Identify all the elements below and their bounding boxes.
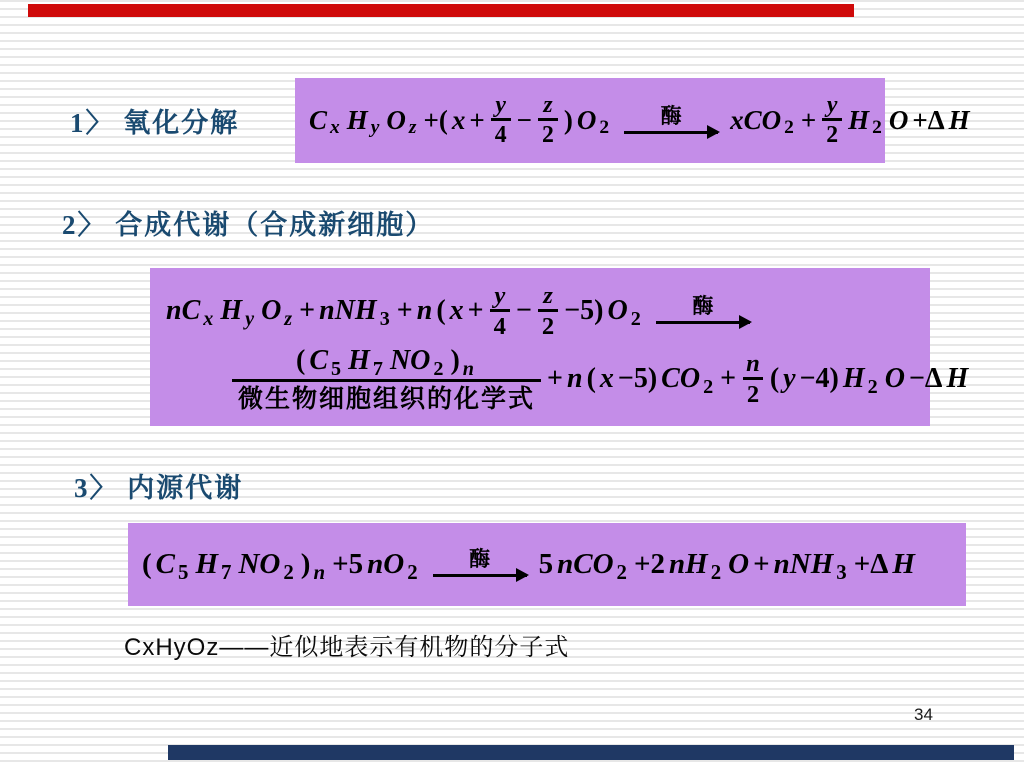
heading-synthesis: 2〉 合成代谢（合成新细胞） [62,203,434,242]
heading-oxidation: 1〉 氧化分解 [70,101,239,140]
bottom-accent-bar [168,745,1014,760]
enzyme-reaction-arrow: 酶 [656,296,750,326]
equation-box-synthesis: nCxHyOz+nNH3+n(x+y4−z2−5)O2酶 (C5H7NO2)n微… [150,268,930,426]
equation-synthesis-line1: nCxHyOz+nNH3+n(x+y4−z2−5)O2酶 [164,283,930,340]
formula-note: CxHyOz——近似地表示有机物的分子式 [124,627,569,662]
heading-endogenous: 3〉 内源代谢 [74,466,243,505]
equation-synthesis-line2: (C5H7NO2)n微生物细胞组织的化学式+n(x−5)CO2+n2(y−4)H… [232,346,930,413]
top-accent-bar [28,4,854,17]
enzyme-reaction-arrow: 酶 [433,549,527,579]
equation-box-oxidation: CxHyOz+(x+y4−z2)O2酶xCO2+y2H2O+ΔH [295,78,885,163]
enzyme-reaction-arrow: 酶 [624,106,718,136]
equation-endogenous: (C5H7NO2)n+5nO2酶5nCO2+2nH2O+nNH3+ΔH [128,549,966,581]
equation-box-endogenous: (C5H7NO2)n+5nO2酶5nCO2+2nH2O+nNH3+ΔH [128,523,966,606]
slide: 1〉 氧化分解 CxHyOz+(x+y4−z2)O2酶xCO2+y2H2O+ΔH… [0,0,1024,768]
page-number: 34 [914,705,933,725]
equation-oxidation: CxHyOz+(x+y4−z2)O2酶xCO2+y2H2O+ΔH [295,93,885,148]
